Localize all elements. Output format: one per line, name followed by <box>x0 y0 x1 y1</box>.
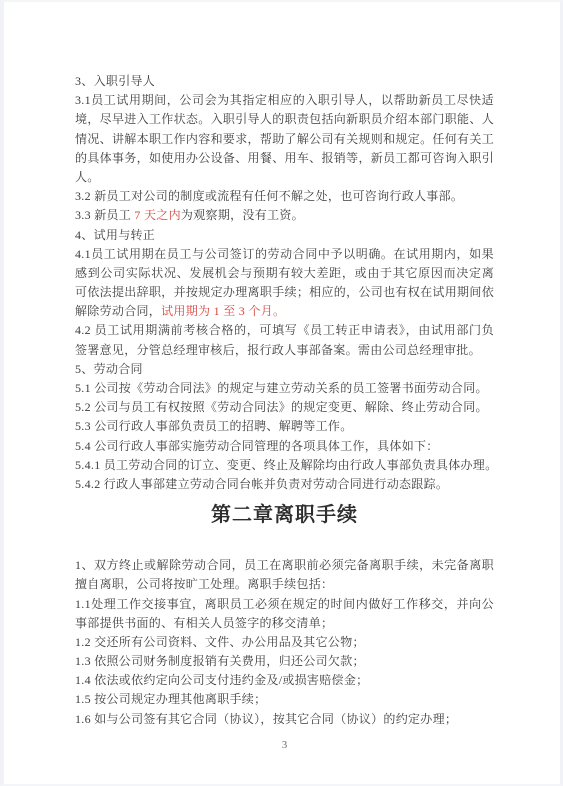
text-line: 1.2 交还所有公司资料、文件、办公用品及其它公物； <box>75 633 494 652</box>
text-line: 可依法提出辞职，并按规定办理离职手续；相应的，公司也有权在试用期间依法 <box>75 283 494 302</box>
text-segment: 为观察期，没有工资。 <box>181 208 304 222</box>
text-line: 5、劳动合同 <box>75 360 494 379</box>
text-segment: 1、双方终止或解除劳动合同，员工在离职前必须完备离职手续，未完备离职手续 <box>75 558 494 575</box>
text-line: 情况、讲解本职工作内容和要求，帮助了解公司有关规则和规定。任何有关工作 <box>75 130 494 149</box>
text-segment: 的具体事务，如使用办公设备、用餐、用车、报销等，新员工都可咨询入职引导 <box>75 151 494 168</box>
text-segment: 4、试用与转正 <box>75 228 155 242</box>
text-line: 5.4 公司行政人事部实施劳动合同管理的各项具体工作，具体如下： <box>75 437 494 456</box>
text-line: 5.4.2 行政人事部建立劳动合同台帐并负责对劳动合同进行动态跟踪。 <box>75 475 494 494</box>
text-segment: 5.3 公司行政人事部负责员工的招聘、解聘等工作。 <box>75 419 353 433</box>
text-line: 3、入职引导人 <box>75 72 494 91</box>
text-segment: 境，尽早进入工作状态。入职引导人的职责包括向新职员介绍本部门职能、人员 <box>75 112 494 129</box>
document-content: 3、入职引导人3.1员工试用期间，公司会为其指定相应的入职引导人，以帮助新员工尽… <box>4 2 560 752</box>
text-segment: 人。 <box>75 170 100 184</box>
text-segment: 1.6 如与公司签有其它合同（协议），按其它合同（协议）的约定办理； <box>75 712 457 726</box>
text-line: 解除劳动合同，试用期为 1 至 3 个月。 <box>75 302 494 321</box>
text-segment: 5.4 公司行政人事部实施劳动合同管理的各项具体工作，具体如下： <box>75 439 439 453</box>
text-line: 1.6 如与公司签有其它合同（协议），按其它合同（协议）的约定办理； <box>75 710 494 729</box>
text-segment: 5、劳动合同 <box>75 362 143 376</box>
text-segment: 感到公司实际状况、发展机会与预期有较大差距，或由于其它原因而决定离开， <box>75 266 494 283</box>
text-segment: 3、入职引导人 <box>75 74 155 88</box>
text-segment: 3.1员工试用期间，公司会为其指定相应的入职引导人，以帮助新员工尽快适应环 <box>75 93 494 110</box>
text-segment: 5.1 公司按《劳动合同法》的规定与建立劳动关系的员工签署书面劳动合同。 <box>75 381 488 395</box>
text-line: 5.1 公司按《劳动合同法》的规定与建立劳动关系的员工签署书面劳动合同。 <box>75 379 494 398</box>
text-segment: 1.1处理工作交接事宜，离职员工必须在规定的时间内做好工作移交，并向公司人 <box>75 597 494 614</box>
text-line: 感到公司实际状况、发展机会与预期有较大差距，或由于其它原因而决定离开， <box>75 264 494 283</box>
highlighted-red-text: 7 天之内 <box>134 208 181 222</box>
text-segment: 5.4.2 行政人事部建立劳动合同台帐并负责对劳动合同进行动态跟踪。 <box>75 477 448 491</box>
text-line: 事部提供书面的、有相关人员签字的移交清单； <box>75 614 494 633</box>
text-segment: 擅自离职，公司将按旷工处理。离职手续包括： <box>75 577 333 591</box>
text-segment: 1.2 交还所有公司资料、文件、办公用品及其它公物； <box>75 635 365 649</box>
chapter1-section: 3、入职引导人3.1员工试用期间，公司会为其指定相应的入职引导人，以帮助新员工尽… <box>75 72 494 494</box>
text-segment: 4.1员工试用期在员工与公司签订的劳动合同中予以明确。在试用期内，如果员工 <box>75 247 494 264</box>
text-segment: 签署意见，分管总经理审核后，报行政人事部备案。需由公司总经理审批。 <box>75 343 481 357</box>
text-line: 擅自离职，公司将按旷工处理。离职手续包括： <box>75 575 494 594</box>
text-segment: 3.3 新员工 <box>75 208 134 222</box>
text-line: 4.1员工试用期在员工与公司签订的劳动合同中予以明确。在试用期内，如果员工 <box>75 245 494 264</box>
text-line: 4.2 员工试用期满前考核合格的，可填写《员工转正申请表》，由试用部门负责人 <box>75 321 494 340</box>
text-segment: 5.2 公司与员工有权按照《劳动合同法》的规定变更、解除、终止劳动合同。 <box>75 400 488 414</box>
chapter2-section: 1、双方终止或解除劳动合同，员工在离职前必须完备离职手续，未完备离职手续擅自离职… <box>75 556 494 729</box>
text-segment: 1.3 依照公司财务制度报销有关费用，归还公司欠款； <box>75 654 365 668</box>
text-segment: 1.5 按公司规定办理其他离职手续； <box>75 692 266 706</box>
text-line: 境，尽早进入工作状态。入职引导人的职责包括向新职员介绍本部门职能、人员 <box>75 110 494 129</box>
text-segment: 3.2 新员工对公司的制度或流程有任何不解之处，也可咨询行政人事部。 <box>75 189 463 203</box>
page-number: 3 <box>75 738 494 752</box>
highlighted-red-text: 试用期为 1 至 3 个月。 <box>161 304 285 318</box>
text-segment: 情况、讲解本职工作内容和要求，帮助了解公司有关规则和规定。任何有关工作 <box>75 132 494 149</box>
text-line: 的具体事务，如使用办公设备、用餐、用车、报销等，新员工都可咨询入职引导 <box>75 149 494 168</box>
text-line: 3.1员工试用期间，公司会为其指定相应的入职引导人，以帮助新员工尽快适应环 <box>75 91 494 110</box>
text-line: 1.3 依照公司财务制度报销有关费用，归还公司欠款； <box>75 652 494 671</box>
text-segment: 事部提供书面的、有相关人员签字的移交清单； <box>75 616 333 630</box>
text-segment: 解除劳动合同， <box>75 304 161 318</box>
text-line: 4、试用与转正 <box>75 226 494 245</box>
text-segment: 可依法提出辞职，并按规定办理离职手续；相应的，公司也有权在试用期间依法 <box>75 285 494 302</box>
document-page: 3、入职引导人3.1员工试用期间，公司会为其指定相应的入职引导人，以帮助新员工尽… <box>4 2 560 784</box>
text-line: 1、双方终止或解除劳动合同，员工在离职前必须完备离职手续，未完备离职手续 <box>75 556 494 575</box>
text-line: 1.1处理工作交接事宜，离职员工必须在规定的时间内做好工作移交，并向公司人 <box>75 595 494 614</box>
text-line: 人。 <box>75 168 494 187</box>
text-line: 3.3 新员工 7 天之内为观察期，没有工资。 <box>75 206 494 225</box>
text-line: 5.2 公司与员工有权按照《劳动合同法》的规定变更、解除、终止劳动合同。 <box>75 398 494 417</box>
text-segment: 4.2 员工试用期满前考核合格的，可填写《员工转正申请表》，由试用部门负责人 <box>75 323 494 340</box>
text-line: 5.3 公司行政人事部负责员工的招聘、解聘等工作。 <box>75 417 494 436</box>
text-line: 签署意见，分管总经理审核后，报行政人事部备案。需由公司总经理审批。 <box>75 341 494 360</box>
text-segment: 5.4.1 员工劳动合同的订立、变更、终止及解除均由行政人事部负责具体办理。 <box>75 458 497 472</box>
text-segment: 1.4 依法或依约定向公司支付违约金及/或损害赔偿金； <box>75 673 368 687</box>
text-line: 5.4.1 员工劳动合同的订立、变更、终止及解除均由行政人事部负责具体办理。 <box>75 456 494 475</box>
text-line: 3.2 新员工对公司的制度或流程有任何不解之处，也可咨询行政人事部。 <box>75 187 494 206</box>
chapter2-heading: 第二章离职手续 <box>75 501 494 529</box>
text-line: 1.5 按公司规定办理其他离职手续； <box>75 690 494 709</box>
text-line: 1.4 依法或依约定向公司支付违约金及/或损害赔偿金； <box>75 671 494 690</box>
